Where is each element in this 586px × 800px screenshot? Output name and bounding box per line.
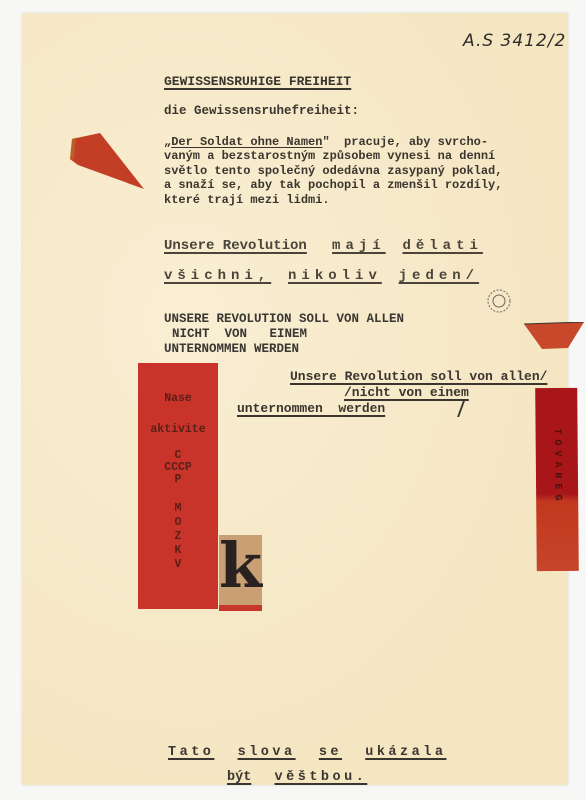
slogan-lower-line1: Unsere Revolution soll von allen/ <box>290 369 547 384</box>
closing-line1: Tato slova se ukázala <box>168 745 446 760</box>
slogan-upper-line2: NICHT VON EINEM <box>172 327 307 342</box>
para-line5: které trají mezi lidmi. <box>164 193 330 207</box>
red-band <box>219 605 262 611</box>
strip-text-v: V <box>138 559 218 571</box>
slogan-word: nikoliv <box>288 268 382 284</box>
red-paper-strip-right: T O V A R E G <box>535 388 579 571</box>
document-subtitle: die Gewissensruhefreiheit: <box>164 104 359 118</box>
body-paragraph: „Der Soldat ohne Namen" pracuje, aby svr… <box>164 135 502 207</box>
slogan-upper-line3: UNTERNOMMEN WERDEN <box>164 342 299 357</box>
slogan-czech-line1: Unsere Revolution mají dělati <box>164 238 483 254</box>
slogan-word: mají <box>332 238 386 254</box>
para-line1-rest: pracuje, aby svrcho- <box>330 135 488 149</box>
quoted-title: Der Soldat ohne Namen <box>171 135 322 149</box>
letter-k-tile: k <box>219 535 262 611</box>
archive-number: A.S 3412/2 <box>463 31 566 51</box>
slogan-word: jeden/ <box>399 268 479 284</box>
para-line3: světlo tento společný odedávna zasypaný … <box>164 164 502 178</box>
slogan-word: všichni, <box>164 268 271 284</box>
red-paper-strip-left: Nase aktivite C CCCP P M O Z K V <box>138 363 218 609</box>
strip-text-k: K <box>138 545 218 557</box>
slogan-word: Unsere Revolution <box>164 238 307 254</box>
slogan-lower-line3: unternommen werden <box>237 401 385 416</box>
bracket-slash <box>457 401 465 417</box>
document-page: A.S 3412/2 GEWISSENSRUHIGE FREIHEIT die … <box>22 13 568 785</box>
letter-k: k <box>219 535 262 597</box>
quote-close: " <box>322 135 329 149</box>
document-title: GEWISSENSRUHIGE FREIHEIT <box>164 74 351 89</box>
slogan-upper-line1: UNSERE REVOLUTION SOLL VON ALLEN <box>164 312 404 327</box>
slogan-czech-line2: všichni, nikoliv jeden/ <box>164 268 479 284</box>
closing-line2: být věštbou. <box>227 770 367 785</box>
red-trapezoid-shard-icon <box>524 322 584 350</box>
strip-text-p: P <box>138 474 218 486</box>
para-line4: a snaží se, aby tak pochopil a zmenšil r… <box>164 178 502 192</box>
para-line2: vaným a bezstarostným způsobem vynesi na… <box>164 149 495 163</box>
slogan-word: dělati <box>402 238 482 254</box>
strip-text-nase: Nase <box>138 393 218 405</box>
red-paper-shard-icon <box>68 129 146 191</box>
strip-text-m: M <box>138 503 218 515</box>
slogan-lower-line2: /nicht von einem <box>344 385 469 400</box>
circular-stamp-icon <box>486 288 512 314</box>
right-strip-text: T O V A R E G <box>536 426 579 503</box>
strip-text-o: O <box>138 517 218 529</box>
strip-text-aktivite: aktivite <box>138 424 218 436</box>
strip-text-z: Z <box>138 531 218 543</box>
